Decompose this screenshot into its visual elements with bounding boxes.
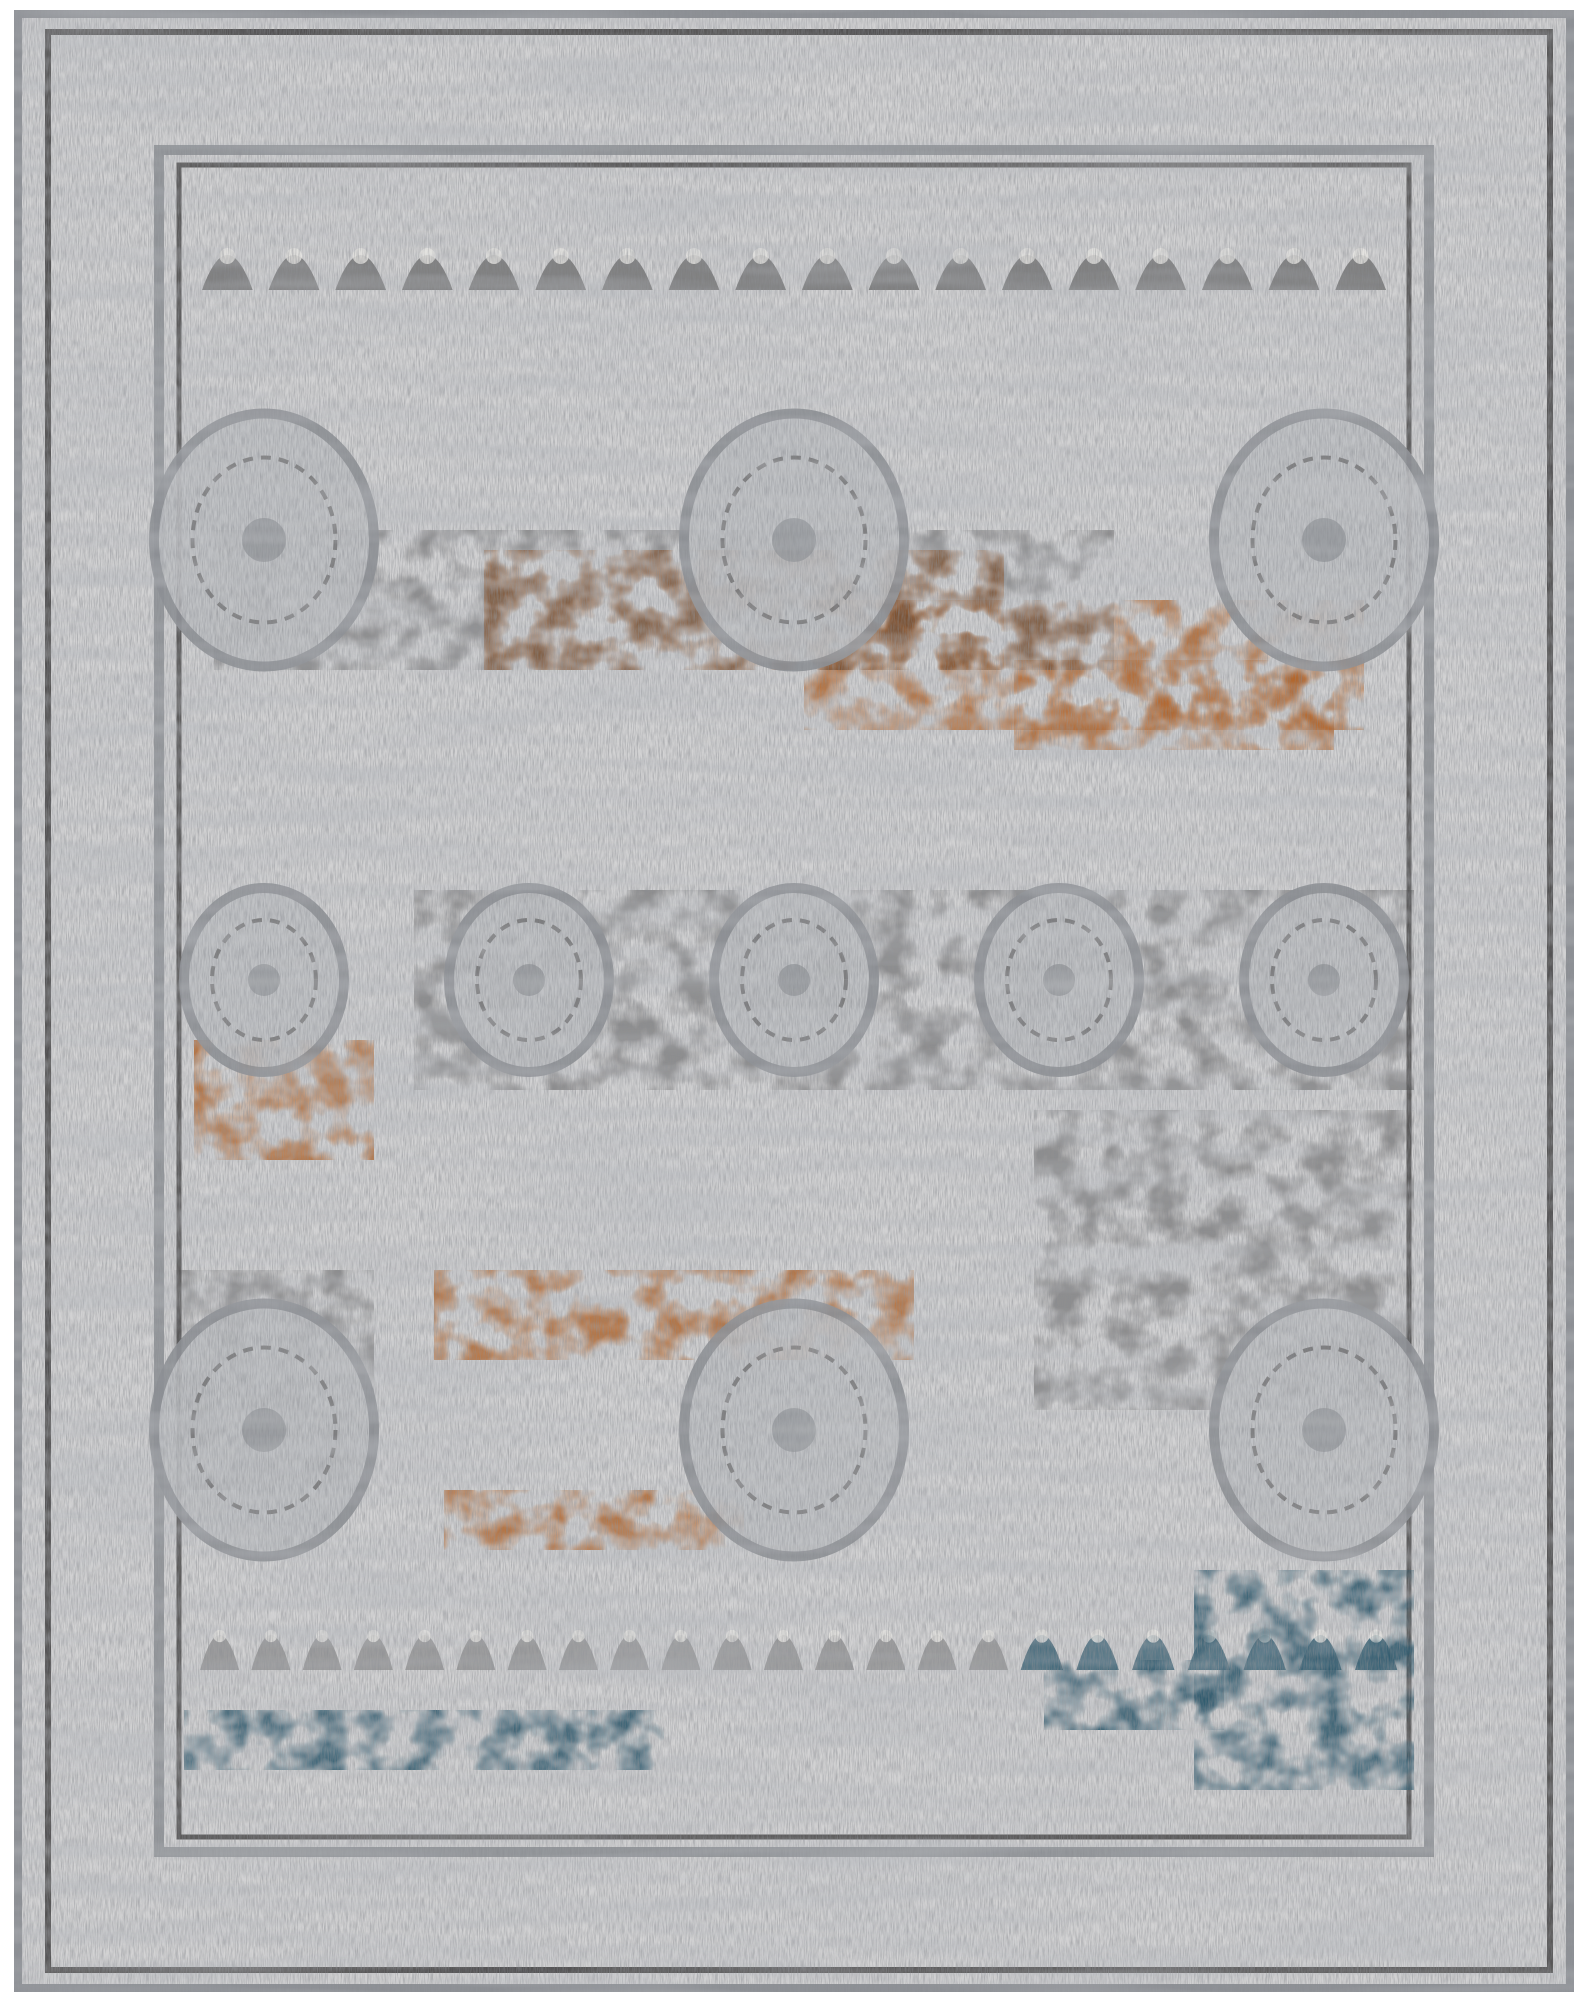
rug-pattern [14,10,1574,1992]
rug-image [14,10,1574,1992]
